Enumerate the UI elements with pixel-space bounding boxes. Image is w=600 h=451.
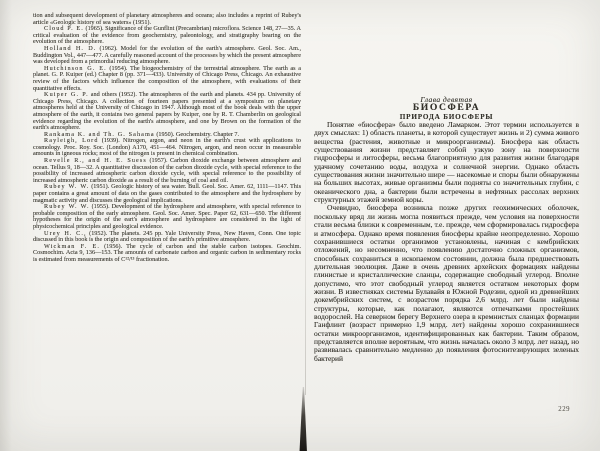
reference-entry-holland: Holland H. D. (1962). Model for the evol… <box>33 46 301 66</box>
page-number: 229 <box>450 406 570 413</box>
page-edge-shading <box>0 0 12 451</box>
bibliography-column: tion and subsequent development of plane… <box>33 13 301 264</box>
gutter-shadow <box>299 387 308 451</box>
reference-entry-rayleigh: Rayleigh, Lord (1939). Nitrogen, argon, … <box>33 138 301 158</box>
reference-entry-hutchinson: Hutchinson G. E. (1954). The biogeochemi… <box>33 66 301 92</box>
reference-text: and others (1952). The atmospheres of th… <box>33 91 301 131</box>
reference-entry-kuiper: Kuiper G. P. and others (1952). The atmo… <box>33 92 301 132</box>
scanned-book-spread: tion and subsequent development of plane… <box>0 0 600 451</box>
body-paragraph-2: Очевидно, биосфера возникла позже других… <box>314 204 579 363</box>
chapter-title: БИОСФЕРА <box>314 104 579 112</box>
chapter-column: Глава девятая БИОСФЕРА ПРИРОДА БИОСФЕРЫ … <box>314 96 579 363</box>
body-paragraph-1: Понятие «биосфера» было введено Ламарком… <box>314 121 579 204</box>
reference-entry-revelle: Revelle R., and H. E. Suess (1957). Carb… <box>33 158 301 184</box>
reference-entry-cloud: Cloud P. E. (1965). Significance of the … <box>33 26 301 46</box>
center-crease <box>305 180 306 395</box>
reference-entry-rubey-1955: Rubey W. W. (1955). Development of the h… <box>33 204 301 230</box>
reference-entry-rubey-1951: Rubey W. W. (1951). Geologic history of … <box>33 184 301 204</box>
reference-entry-wickman: Wickman F. E. (1956). The cycle of carbo… <box>33 244 301 264</box>
